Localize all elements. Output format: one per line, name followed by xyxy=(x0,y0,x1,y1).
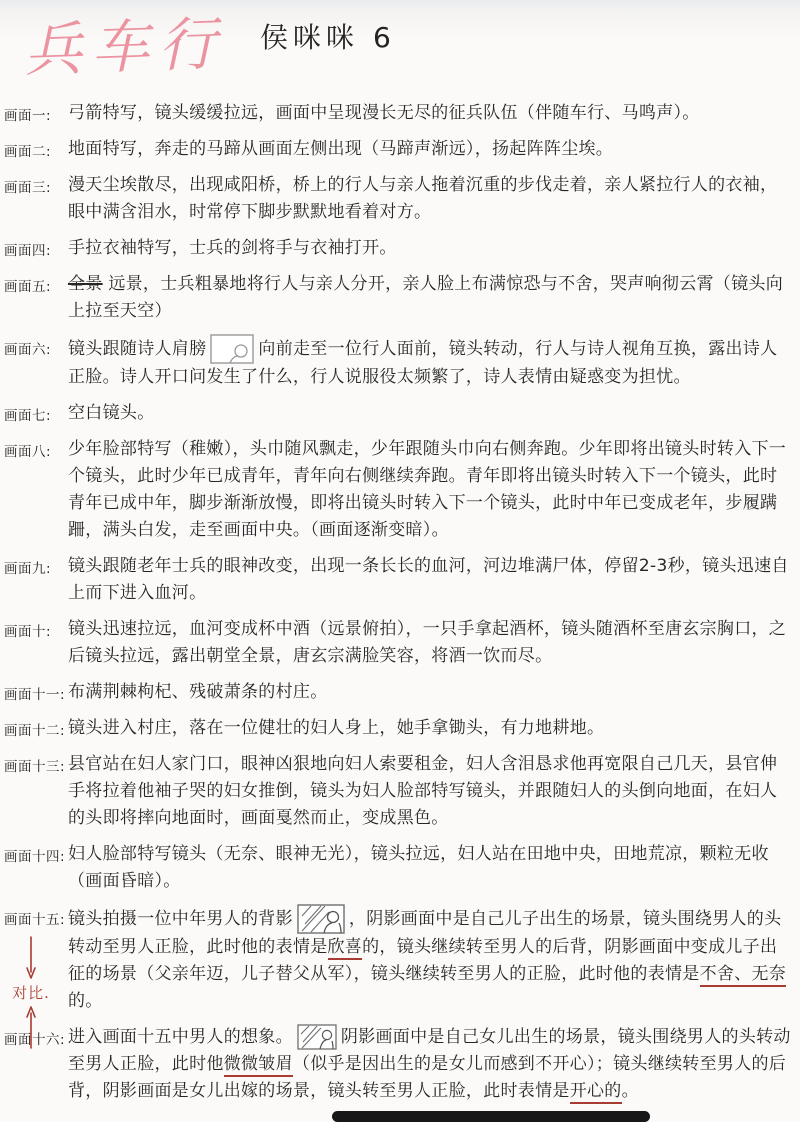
scene-label: 画面三: xyxy=(4,172,68,226)
text-segment: 布满荆棘枸杞、残破萧条的村庄。 xyxy=(68,682,328,702)
shadow-projection-sketch-icon xyxy=(297,904,345,934)
contrast-label: 对比. xyxy=(12,982,50,1003)
text-segment: 进入画面十五中男人的想象。 xyxy=(68,1027,293,1047)
scene-row: 画面十四:妇人脸部特写镜头（无奈、眼神无光），镜头拉远，妇人站在田地中央，田地荒… xyxy=(4,841,792,895)
scene-description: 县官站在妇人家门口，眼神凶狠地向妇人索要租金，妇人含泪恳求他再宽限自己几天，县官… xyxy=(68,751,792,832)
scene-label: 画面八: xyxy=(4,436,68,544)
scene-description: 弓箭特写，镜头缓缓拉远，画面中呈现漫长无尽的征兵队伍（伴随车行、马鸣声）。 xyxy=(68,100,792,127)
scene-row: 画面十二:镜头进入村庄，落在一位健壮的妇人身上，她手拿锄头，有力地耕地。 xyxy=(4,715,792,742)
scene-label: 画面一: xyxy=(4,100,68,127)
scene-row: 画面十三:县官站在妇人家门口，眼神凶狠地向妇人索要租金，妇人含泪恳求他再宽限自己… xyxy=(4,751,792,832)
scene-label: 画面六: xyxy=(4,334,68,391)
text-segment: 县官站在妇人家门口，眼神凶狠地向妇人索要租金，妇人含泪恳求他再宽限自己几天，县官… xyxy=(68,754,777,828)
text-segment: 镜头迅速拉远，血河变成杯中酒（远景俯拍），一只手拿起酒杯，镜头随酒杯至唐玄宗胸口… xyxy=(68,619,786,666)
scene-label: 画面五: xyxy=(4,271,68,325)
text-segment: 远景，士兵粗暴地将行人与亲人分开，亲人脸上布满惊恐与不舍，哭声响彻云霄（镜头向上… xyxy=(68,274,783,321)
over-shoulder-shot-sketch-icon xyxy=(210,334,254,364)
scene-label: 画面四: xyxy=(4,235,68,262)
scene-description: 镜头进入村庄，落在一位健壮的妇人身上，她手拿锄头，有力地耕地。 xyxy=(68,715,792,742)
scene-label: 画面十三: xyxy=(4,751,68,832)
scene-row: 画面二:地面特写，奔走的马蹄从画面左侧出现（马蹄声渐远），扬起阵阵尘埃。 xyxy=(4,136,792,163)
scene-row: 画面八:少年脸部特写（稚嫩），头巾随风飘走，少年跟随头巾向右侧奔跑。少年即将出镜… xyxy=(4,436,792,544)
scene-row: 画面一:弓箭特写，镜头缓缓拉远，画面中呈现漫长无尽的征兵队伍（伴随车行、马鸣声）… xyxy=(4,100,792,127)
struck-text: 全景 xyxy=(68,274,103,294)
scene-description: 地面特写，奔走的马蹄从画面左侧出现（马蹄声渐远），扬起阵阵尘埃。 xyxy=(68,136,792,163)
scene-label: 画面九: xyxy=(4,553,68,607)
text-segment: 空白镜头。 xyxy=(68,403,155,423)
text-segment: 镜头跟随诗人肩膀 xyxy=(68,339,206,359)
text-segment: 弓箭特写，镜头缓缓拉远，画面中呈现漫长无尽的征兵队伍（伴随车行、马鸣声）。 xyxy=(68,103,700,123)
scene-description: 镜头跟随老年士兵的眼神改变，出现一条长长的血河，河边堆满尸体，停留2-3秒，镜头… xyxy=(68,553,792,607)
scene-row: 画面十一:布满荆棘枸杞、残破萧条的村庄。 xyxy=(4,679,792,706)
scene-description: 进入画面十五中男人的想象。阴影画面中是自己女儿出生的场景，镜头围绕男人的头转动至… xyxy=(68,1024,792,1105)
storyboard-scene-list: 画面一:弓箭特写，镜头缓缓拉远，画面中呈现漫长无尽的征兵队伍（伴随车行、马鸣声）… xyxy=(0,100,800,1114)
scene-description: 镜头拍摄一位中年男人的背影，阴影画面中是自己儿子出生的场景，镜头围绕男人的头转动… xyxy=(68,904,792,1015)
scene-row: 画面九:镜头跟随老年士兵的眼神改变，出现一条长长的血河，河边堆满尸体，停留2-3… xyxy=(4,553,792,607)
text-segment: 镜头跟随老年士兵的眼神改变，出现一条长长的血河，河边堆满尸体，停留2-3秒，镜头… xyxy=(68,556,789,603)
scene-label: 画面二: xyxy=(4,136,68,163)
scene-row: 画面三:漫天尘埃散尽，出现咸阳桥，桥上的行人与亲人拖着沉重的步伐走着，亲人紧拉行… xyxy=(4,172,792,226)
text-segment: 少年脸部特写（稚嫩），头巾随风飘走，少年跟随头巾向右侧奔跑。少年即将出镜头时转入… xyxy=(68,439,786,540)
scene-label: 画面十四: xyxy=(4,841,68,895)
page-number: 6 xyxy=(373,21,391,54)
scene-description: 手拉衣袖特写，士兵的剑将手与衣袖打开。 xyxy=(68,235,792,262)
red-underlined-text: 微微皱眉 xyxy=(224,1054,293,1077)
scene-row: 画面十六:进入画面十五中男人的想象。阴影画面中是自己女儿出生的场景，镜头围绕男人… xyxy=(4,1024,792,1105)
red-underlined-text: 欣喜 xyxy=(328,937,363,960)
scene-description: 镜头跟随诗人肩膀向前走至一位行人面前，镜头转动，行人与诗人视角互换，露出诗人正脸… xyxy=(68,334,792,391)
scene-description: 妇人脸部特写镜头（无奈、眼神无光），镜头拉远，妇人站在田地中央，田地荒凉，颗粒无… xyxy=(68,841,792,895)
text-segment: 妇人脸部特写镜头（无奈、眼神无光），镜头拉远，妇人站在田地中央，田地荒凉，颗粒无… xyxy=(68,844,769,891)
text-segment: 手拉衣袖特写，士兵的剑将手与衣袖打开。 xyxy=(68,238,397,258)
text-segment: 。 xyxy=(622,1081,639,1101)
scene-label: 画面十一: xyxy=(4,679,68,706)
scene-row: 画面十:镜头迅速拉远，血河变成杯中酒（远景俯拍），一只手拿起酒杯，镜头随酒杯至唐… xyxy=(4,616,792,670)
scene-description: 漫天尘埃散尽，出现咸阳桥，桥上的行人与亲人拖着沉重的步伐走着，亲人紧拉行人的衣袖… xyxy=(68,172,792,226)
scene-label: 画面十: xyxy=(4,616,68,670)
arrow-up-icon xyxy=(25,1005,37,1049)
photo-edge-shadow xyxy=(332,1111,650,1122)
scene-row: 画面七:空白镜头。 xyxy=(4,400,792,427)
scene-description: 布满荆棘枸杞、残破萧条的村庄。 xyxy=(68,679,792,706)
paper-sheet: 兵车行 侯咪咪6 画面一:弓箭特写，镜头缓缓拉远，画面中呈现漫长无尽的征兵队伍（… xyxy=(0,0,800,1122)
text-segment: 的。 xyxy=(68,991,103,1011)
scene-row: 画面六:镜头跟随诗人肩膀向前走至一位行人面前，镜头转动，行人与诗人视角互换，露出… xyxy=(4,334,792,391)
scene-row: 画面十五:镜头拍摄一位中年男人的背影，阴影画面中是自己儿子出生的场景，镜头围绕男… xyxy=(4,904,792,1015)
scene-description: 空白镜头。 xyxy=(68,400,792,427)
author-name: 侯咪咪 xyxy=(260,21,359,54)
arrow-down-icon xyxy=(25,936,37,980)
scene-description: 镜头迅速拉远，血河变成杯中酒（远景俯拍），一只手拿起酒杯，镜头随酒杯至唐玄宗胸口… xyxy=(68,616,792,670)
contrast-annotation: 对比. xyxy=(6,936,56,1049)
scene-label: 画面七: xyxy=(4,400,68,427)
scene-row: 画面五:全景 远景，士兵粗暴地将行人与亲人分开，亲人脸上布满惊恐与不舍，哭声响彻… xyxy=(4,271,792,325)
scene-description: 少年脸部特写（稚嫩），头巾随风飘走，少年跟随头巾向右侧奔跑。少年即将出镜头时转入… xyxy=(68,436,792,544)
scene-label: 画面十二: xyxy=(4,715,68,742)
scene-description: 全景 远景，士兵粗暴地将行人与亲人分开，亲人脸上布满惊恐与不舍，哭声响彻云霄（镜… xyxy=(68,271,792,325)
document-title: 兵车行 xyxy=(23,0,227,87)
author-line: 侯咪咪6 xyxy=(260,16,391,56)
scene-row: 画面四:手拉衣袖特写，士兵的剑将手与衣袖打开。 xyxy=(4,235,792,262)
shadow-projection-small-sketch-icon xyxy=(297,1024,337,1050)
text-segment: 漫天尘埃散尽，出现咸阳桥，桥上的行人与亲人拖着沉重的步伐走着，亲人紧拉行人的衣袖… xyxy=(68,175,777,222)
text-segment: 镜头拍摄一位中年男人的背影 xyxy=(68,909,293,929)
red-underlined-text: 开心的 xyxy=(570,1081,622,1104)
text-segment: 镜头进入村庄，落在一位健壮的妇人身上，她手拿锄头，有力地耕地。 xyxy=(68,718,604,738)
red-underlined-text: 不舍、无奈 xyxy=(700,964,787,987)
text-segment: 地面特写，奔走的马蹄从画面左侧出现（马蹄声渐远），扬起阵阵尘埃。 xyxy=(68,139,613,159)
